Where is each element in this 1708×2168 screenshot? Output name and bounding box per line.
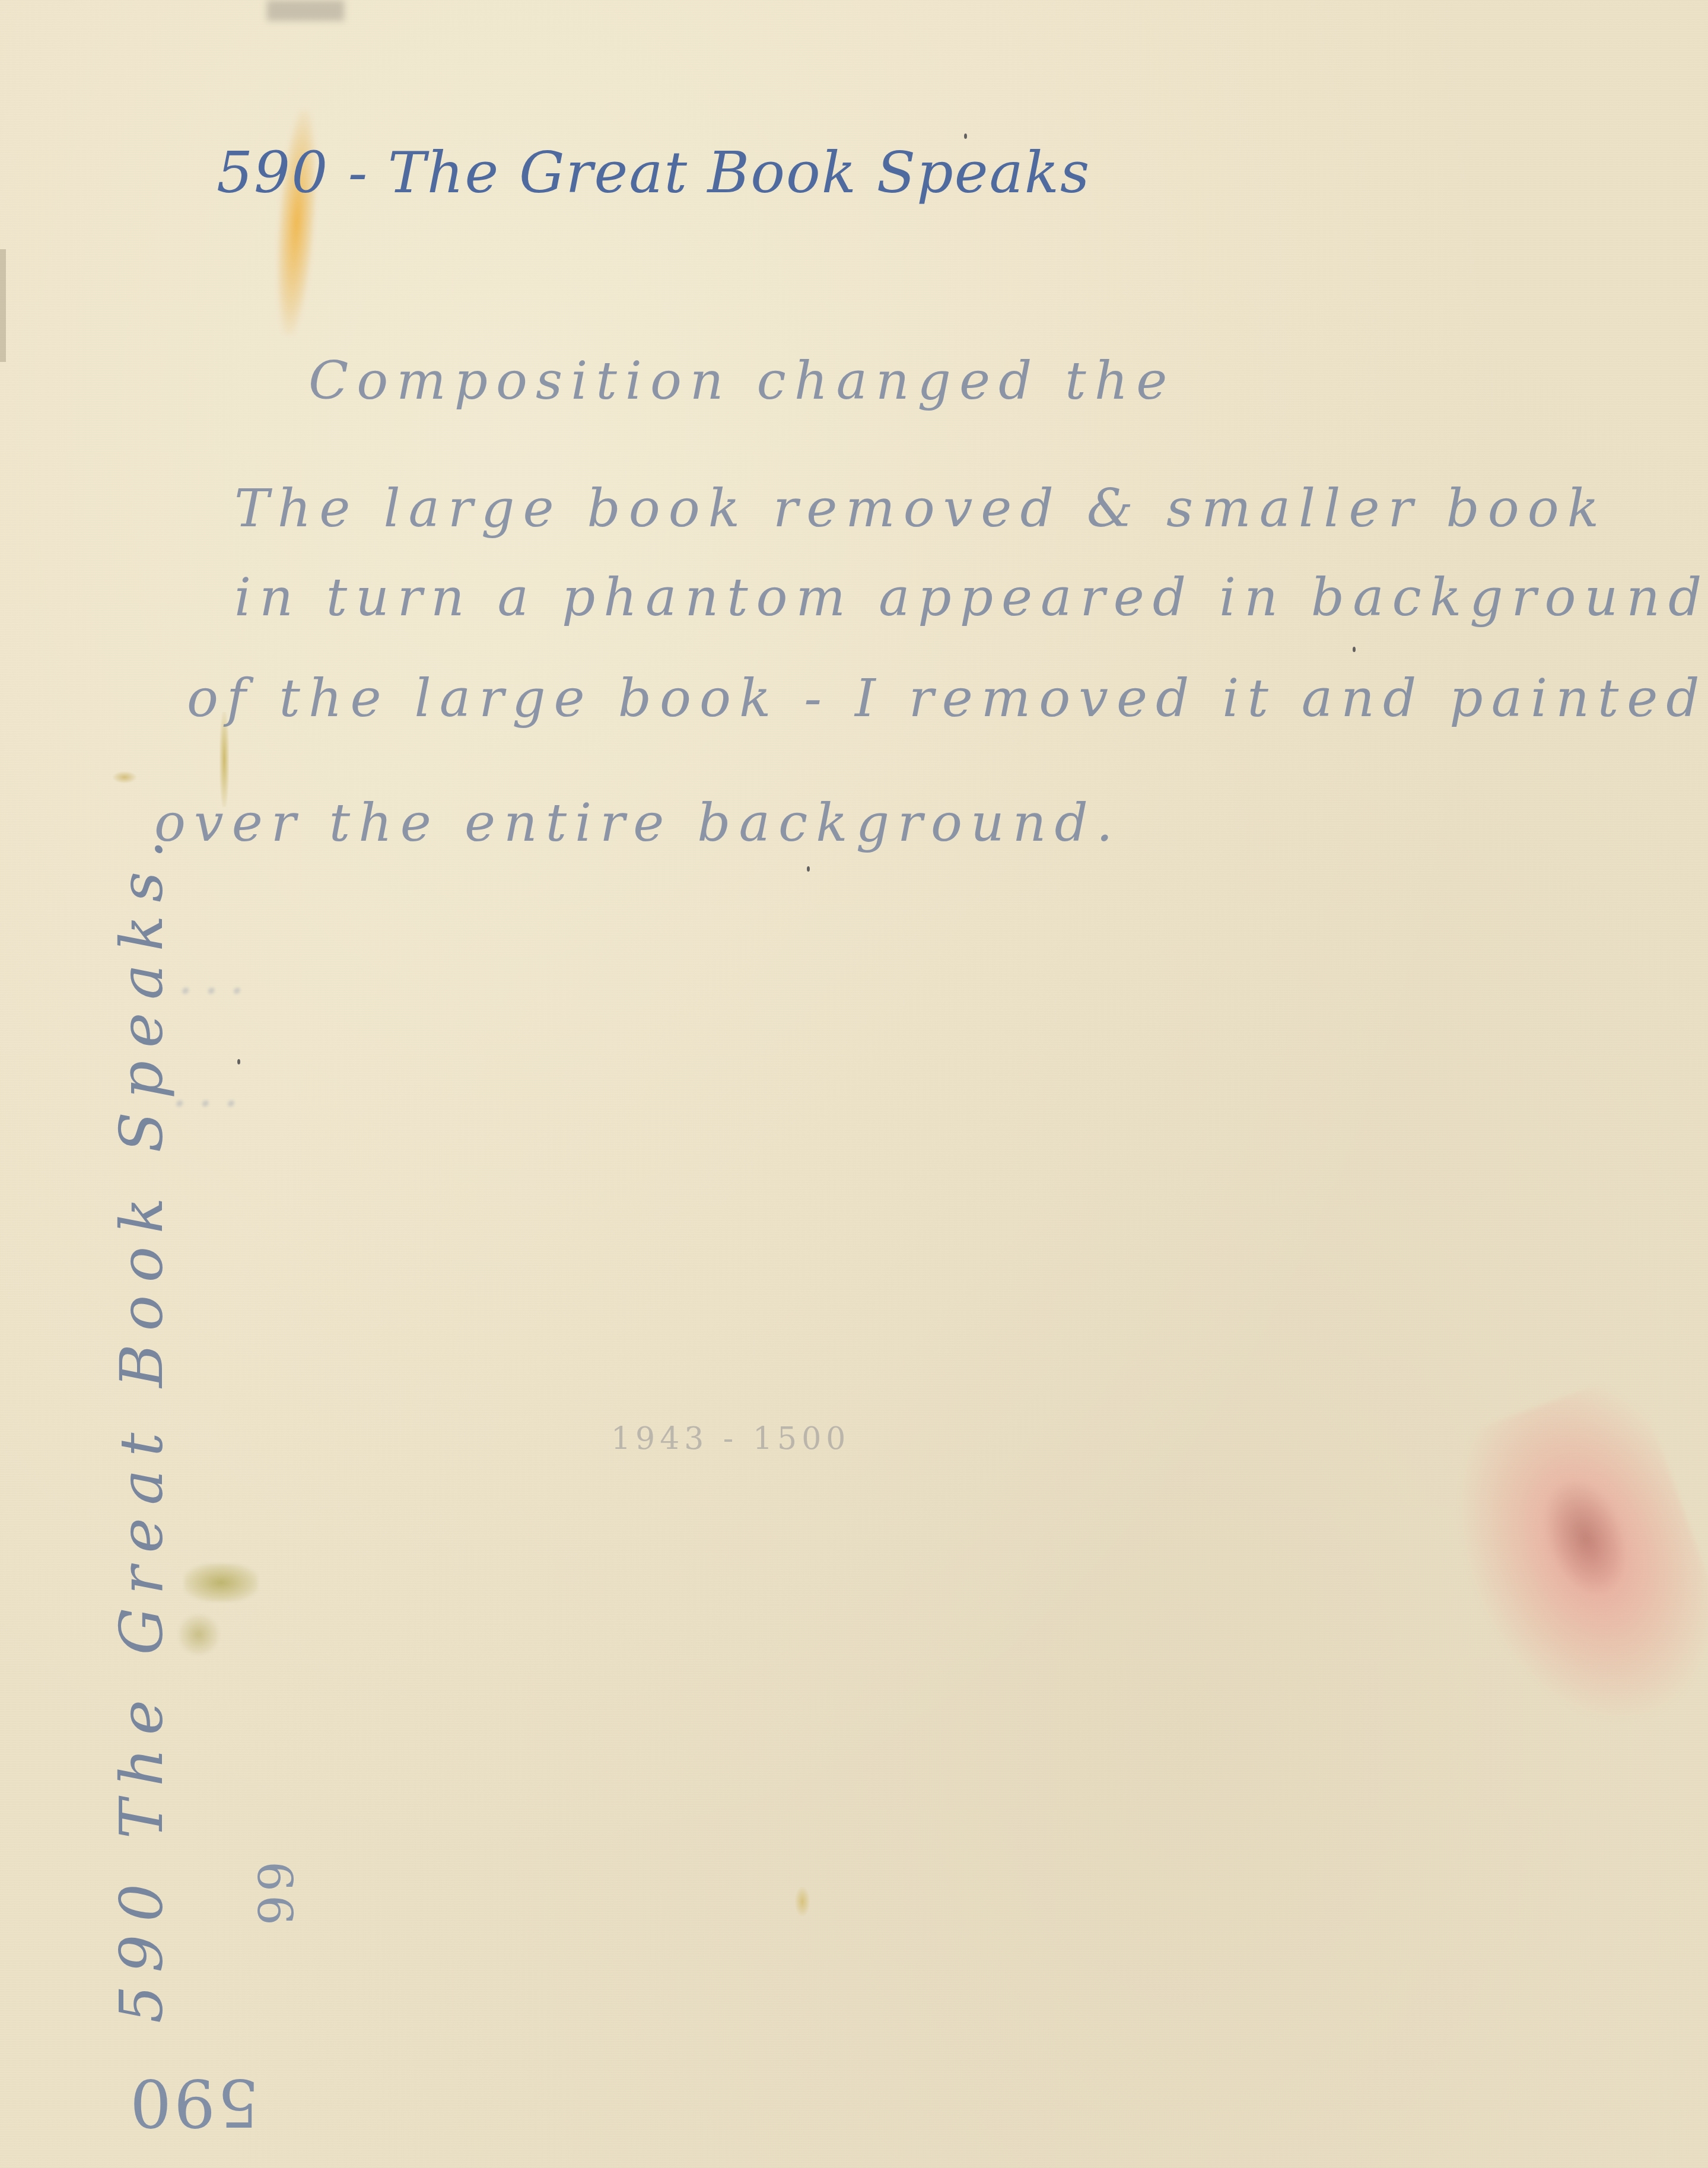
green-stain-upper — [184, 1563, 258, 1602]
body-line-4: of the large book - I removed it and pai… — [187, 667, 1708, 729]
body-line-1: Composition changed the — [308, 350, 1175, 411]
left-edge-mark — [0, 249, 6, 362]
body-line-5: over the entire background. — [154, 792, 1121, 853]
body-line-3: in turn a phantom appeared in background — [234, 567, 1708, 628]
green-stain-lower — [178, 1614, 220, 1655]
erased-line-1: ... — [178, 949, 255, 1004]
ink-speck — [964, 133, 967, 139]
document-title: 590 - The Great Book Speaks — [217, 139, 1090, 206]
yellow-stain-small — [113, 771, 136, 783]
yellow-stain-bottom — [795, 1887, 810, 1916]
ink-speck — [1353, 647, 1356, 652]
paper-background — [0, 0, 1708, 2168]
margin-vertical-title: 590 The Great Book Speaks. — [107, 827, 176, 2023]
erased-line-2: ... — [172, 1062, 249, 1117]
body-line-2: The large book removed & smaller book — [234, 478, 1607, 539]
upside-down-number: 590 — [128, 2065, 259, 2141]
top-edge-mark — [267, 0, 344, 21]
faint-numbers: 1943 - 1500 — [611, 1421, 850, 1457]
margin-vertical-number: 99 — [249, 1858, 304, 1925]
ink-speck — [807, 866, 810, 872]
